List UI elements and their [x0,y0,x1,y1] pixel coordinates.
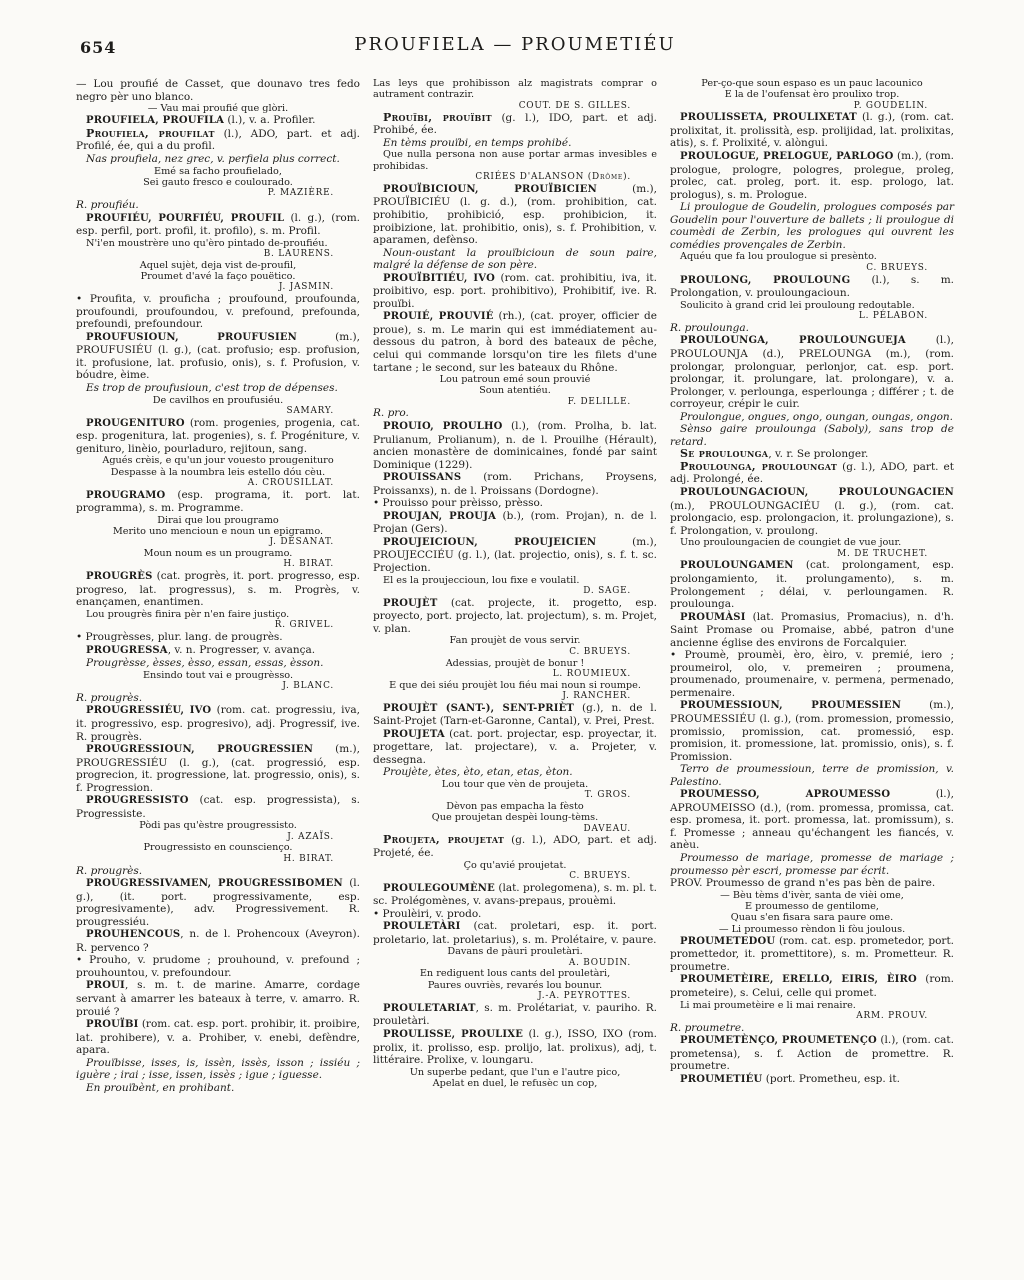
attribution: H. BIRAT. [76,854,360,865]
headword: PROUGRESSIVAMEN, PROUGRESSIBOMEN [86,878,343,889]
headword: PROUMETÈIRE, ERELLO, EIRIS, ÈIRO [680,974,917,985]
attribution: J. JASMIN. [76,282,360,293]
entry-paragraph: PROUIÉ, PROUVIÉ (rh.), (cat. proyer, off… [373,310,657,374]
attribution: CRIÉES D'ALANSON (Drôme). [373,172,657,183]
quote-verse: Lou patroun emé soun prouviéSoun atentié… [373,374,657,397]
paragraph: R. prougrès. [76,692,360,705]
verse-line: Lou tour que vèn de proujeta. [373,779,657,790]
column-1: — Lou proufié de Casset, que dounavo tre… [76,78,360,1094]
attribution: A. CROUSILLAT. [76,478,360,489]
verse-line: Proumet d'avé la faço pouëtico. [76,271,360,282]
entry-paragraph: PROUGENITURO (rom. progenies, progenia, … [76,417,360,456]
paragraph: Noun-oustant la prouïbicioun de soun pai… [373,247,657,272]
headword: PROUMÀSI [680,612,746,623]
paragraph: Que nulla persona non ause portar armas … [373,149,657,172]
headword: PROUGRESSIOUN, PROUGRESSIEN [86,744,313,755]
attribution: J. BLANC. [76,681,360,692]
headword: Prouïbi, prouïbit [383,111,492,124]
headword: PROUFUSIOUN, PROUFUSIEN [86,332,297,343]
verse-line: Quau s'en fisara sara paure ome. [670,912,954,923]
entry-paragraph: PROULISSE, PROULIXE (l. g.), ISSO, IXO (… [373,1028,657,1067]
quote-verse: — Li proumesso rèndon li fòu joulous. [670,924,954,935]
attribution: A. BOUDIN. [373,958,657,969]
headword: PROUJÈT (SANT-), SENT-PRIÈT [383,703,574,714]
quote-verse: — Vau mai proufié que glòri. [76,103,360,114]
headword: PROUMESSIOUN, PROUMESSIEN [680,700,901,711]
paragraph: • Prouho, v. prudome ; prouhound, v. pre… [76,954,360,979]
attribution: C. BRUEYS. [373,871,657,882]
attribution: L. PÉLABON. [670,311,954,322]
entry-paragraph: PROULEGOUMÈNE (lat. prolegomena), s. m. … [373,882,657,908]
attribution: H. BIRAT. [76,559,360,570]
paragraph: Nas proufiela, nez grec, v. perfiela plu… [76,153,360,166]
headword: PROUJETA [383,729,445,740]
headword: PROUMETÈNÇO, PROUMETENÇO [680,1035,877,1046]
entry-paragraph: PROUGRESSIOUN, PROUGRESSIEN (m.), PROUGR… [76,743,360,794]
paragraph: R. proulounga. [670,322,954,335]
entry-paragraph: PROULOUNGACIOUN, PROULOUNGACIEN (m.), PR… [670,486,954,537]
paragraph: Las leys que prohibisson alz magistrats … [373,78,657,101]
headword: PROUMETEDOU [680,936,775,947]
entry-paragraph: PROUGRESSIVAMEN, PROUGRESSIBOMEN (l. g.)… [76,877,360,928]
headword: PROUFIELA, PROUFILA [86,115,224,126]
headword: PROUIÉ, PROUVIÉ [383,311,494,322]
verse-line: Adessias, proujèt de bonur ! [373,658,657,669]
headword: Se proulounga [680,447,768,460]
paragraph: Terro de proumessioun, terre de promissi… [670,763,954,788]
headword: PROUI [86,980,125,991]
verse-line: Emé sa facho proufielado, [76,166,360,177]
columns-container: — Lou proufié de Casset, que dounavo tre… [76,78,954,1094]
quote-verse: Per-ço-que soun espaso es un pauc lacoun… [670,78,954,101]
paragraph: Aquéu que fa lou proulogue si presènto. [670,251,954,262]
entry-paragraph: PROUGRESSIÉU, IVO (rom. cat. progressiu,… [76,704,360,743]
verse-line: Merito uno mencioun e noun un epigramo. [76,526,360,537]
verse-line: Paures ouvriès, revarés lou bounur. [373,980,657,991]
entry-paragraph: PROUÏBITIÉU, IVO (rom. cat. prohibitiu, … [373,272,657,311]
entry-text: , v. n. Progresser, v. avança. [168,644,315,656]
entry-paragraph: PROUGRESSISTO (cat. esp. progressista), … [76,794,360,820]
column-3: Per-ço-que soun espaso es un pauc lacoun… [670,78,954,1094]
attribution: F. DELILLE. [373,397,657,408]
attribution: D. SAGE. [373,586,657,597]
page-title: PROUFIELA — PROUMETIÉU [76,34,954,55]
attribution: C. BRUEYS. [373,647,657,658]
attribution: C. BRUEYS. [670,263,954,274]
entry-paragraph: PROULOGUE, PRELOGUE, PARLOGO (m.), (rom.… [670,150,954,201]
attribution: P. MAZIÈRE. [76,188,360,199]
verse-line: — Li proumesso rèndon li fòu joulous. [670,924,954,935]
paragraph: Proulongue, ongues, ongo, oungan, oungas… [670,411,954,424]
entry-paragraph: PROUMESSO, APROUMESSO (l.), APROUMEISSO … [670,788,954,852]
entry-paragraph: PROULOUNGA, PROULOUNGUEJA (l.), PROULOUN… [670,334,954,410]
quote-verse: Emé sa facho proufielado,Sei gauto fresc… [76,166,360,189]
headword: PROUISSANS [383,472,461,483]
paragraph: En prouïbènt, en prohibant. [76,1082,360,1095]
paragraph: R. proumetre. [670,1022,954,1035]
verse-line: En rediguent lous cants del prouletàri, [373,968,657,979]
entry-text: , v. r. Se prolonger. [768,448,868,460]
headword: PROULOUNGAMEN [680,560,794,571]
paragraph: Lou prougrès finira pèr n'en faire justi… [76,609,360,620]
paragraph: N'i'en moustrère uno qu'èro pintado de-p… [76,238,360,249]
paragraph: Soulicito à grand crid lei prouloung red… [670,300,954,311]
entry-paragraph: PROUMÀSI (lat. Promasius, Promacius), n.… [670,611,954,650]
attribution: J. RANCHER. [373,691,657,702]
verse-line: Un superbe pedant, que l'un e l'autre pi… [373,1067,657,1078]
entry-paragraph: PROULOUNGAMEN (cat. prolongament, esp. p… [670,559,954,610]
entry-paragraph: PROULISSETA, PROULIXETAT (l. g.), (rom. … [670,111,954,150]
verse-line: Dèvon pas empacha la fèsto [373,801,657,812]
paragraph: R. proufiéu. [76,199,360,212]
verse-line: Per-ço-que soun espaso es un pauc lacoun… [670,78,954,89]
verse-line: E proumesso de gentilome, [670,901,954,912]
verse-line: Lou patroun emé soun prouvié [373,374,657,385]
entry-paragraph: PROUJÈT (SANT-), SENT-PRIÈT (g.), n. de … [373,702,657,728]
quote-verse: Prougressisto en counscienço. [76,842,360,853]
verse-line: Pòdi pas qu'èstre prougressisto. [76,820,360,831]
page-header: 654 PROUFIELA — PROUMETIÉU [76,34,954,64]
entry-paragraph: PROUMETIÉU (port. Prometheu, esp. it. [670,1073,954,1087]
verse-line: Davans de pàuri prouletàri. [373,946,657,957]
attribution: M. DE TRUCHET. [670,549,954,560]
paragraph: Li mai proumetèire e li mai renaire. [670,1000,954,1011]
verse-line: Que proujetan despèi loung-tèms. [373,812,657,823]
headword: PROUGRÈS [86,571,153,582]
verse-line: Ço qu'avié proujetat. [373,860,657,871]
headword: PROUGRESSA [86,645,168,656]
quote-verse: Ço qu'avié proujetat. [373,860,657,871]
quote-verse: — Bèu tèms d'ivèr, santa de vièi ome,E p… [670,890,954,924]
entry-paragraph: PROUJÈT (cat. projecte, it. progetto, es… [373,597,657,636]
entry-paragraph: PROUGRESSA, v. n. Progresser, v. avança. [76,644,360,658]
paragraph: Prougrèsse, èsses, èsso, essan, essas, è… [76,657,360,670]
verse-line: Prougressisto en counscienço. [76,842,360,853]
headword: PROULETARIAT [383,1003,476,1014]
verse-line: De cavilhos en proufusiéu. [76,395,360,406]
entry-paragraph: PROUMETÈIRE, ERELLO, EIRIS, ÈIRO (rom. p… [670,973,954,999]
headword: PROUHENCOUS [86,929,180,940]
paragraph: PROV. Proumesso de grand n'es pas bèn de… [670,877,954,890]
headword: PROUÏBITIÉU, IVO [383,273,495,284]
entry-paragraph: PROUFIÉU, POURFIÉU, PROUFIL (l. g.), (ro… [76,212,360,238]
verse-line: Soun atentiéu. [373,385,657,396]
attribution: J. AZAÏS. [76,832,360,843]
entry-paragraph: Prouïbi, prouïbit (g. l.), IDO, part. et… [373,112,657,137]
attribution: T. GROS. [373,790,657,801]
entry-paragraph: PROUÏBICIOUN, PROUÏBICIEN (m.), PROUÏBIC… [373,183,657,247]
quote-verse: Pòdi pas qu'èstre prougressisto. [76,820,360,831]
quote-verse: E que dei siéu proujèt lou fiéu mai noun… [373,680,657,691]
headword: PROUMETIÉU [680,1074,762,1085]
paragraph: • Prouisso pour prèisso, prèsso. [373,497,657,510]
headword: Proufiela, proufilat [86,127,215,140]
quote-verse: Ensindo tout vai e prougrèsso. [76,670,360,681]
verse-line: Moun noum es un prougramo. [76,548,360,559]
entry-paragraph: PROUÏBI (rom. cat. esp. port. prohibir, … [76,1018,360,1057]
headword: PROULOUNGA, PROULOUNGUEJA [680,335,906,346]
attribution: L. ROUMIEUX. [373,669,657,680]
entry-paragraph: Proujeta, proujetat (g. l.), ADO, part. … [373,834,657,859]
headword: PROUJAN, PROUJA [383,511,496,522]
paragraph: Proujète, ètes, èto, etan, etas, èton. [373,766,657,779]
headword: PROULOUNGACIOUN, PROULOUNGACIEN [680,487,954,498]
entry-text: (port. Prometheu, esp. it. [762,1073,900,1085]
verse-line: E que dei siéu proujèt lou fiéu mai noun… [373,680,657,691]
quote-verse: Un superbe pedant, que l'un e l'autre pi… [373,1067,657,1090]
attribution: ARM. PROUV. [670,1011,954,1022]
headword: PROUGRESSIÉU, IVO [86,705,211,716]
verse-line: Fan proujèt de vous servir. [373,635,657,646]
headword: PROULOGUE, PRELOGUE, PARLOGO [680,151,894,162]
entry-paragraph: Proulounga, prouloungat (g. l.), ADO, pa… [670,461,954,486]
quote-verse: Moun noum es un prougramo. [76,548,360,559]
verse-line: — Vau mai proufié que glòri. [76,103,360,114]
paragraph: • Proufita, v. prouficha ; proufound, pr… [76,293,360,331]
attribution: J.-A. PEYROTTES. [373,991,657,1002]
headword: PROUJEICIOUN, PROUJEICIEN [383,537,596,548]
verse-line: Ensindo tout vai e prougrèsso. [76,670,360,681]
paragraph: R. pro. [373,407,657,420]
attribution: J. DÉSANAT. [76,537,360,548]
paragraph: Li proulogue de Goudelin, prologues comp… [670,201,954,251]
headword: PROULONG, PROULOUNG [680,275,850,286]
quote-verse: En rediguent lous cants del prouletàri,P… [373,968,657,991]
entry-paragraph: PROULONG, PROULOUNG (l.), s. m. Prolonga… [670,274,954,300]
headword: PROUMESSO, APROUMESSO [680,789,890,800]
headword: PROUGRAMO [86,490,165,501]
headword: PROULISSETA, PROULIXETAT [680,112,857,123]
entry-paragraph: PROULETÀRI (cat. proletari, esp. it. por… [373,920,657,946]
entry-paragraph: PROUMETÈNÇO, PROUMETENÇO (l.), (rom. cat… [670,1034,954,1073]
quote-verse: Dirai que lou prougramoMerito uno mencio… [76,515,360,538]
quote-verse: Agués crèis, e qu'un jour vouesto prouge… [76,455,360,478]
verse-line: Aquel sujèt, deja vist de-proufil, [76,260,360,271]
paragraph: Proumesso de mariage, promesse de mariag… [670,852,954,877]
verse-line: Sei gauto fresco e coulourado. [76,177,360,188]
verse-line: Agués crèis, e qu'un jour vouesto prouge… [76,455,360,466]
quote-verse: Adessias, proujèt de bonur ! [373,658,657,669]
entry-paragraph: PROUFIELA, PROUFILA (l.), v. a. Profiler… [76,114,360,128]
verse-line: Despasse à la noumbra leis estello dóu c… [76,467,360,478]
attribution: R. GRIVEL. [76,620,360,631]
entry-paragraph: PROUJETA (cat. port. projectar, esp. pro… [373,728,657,767]
column-2: Las leys que prohibisson alz magistrats … [373,78,657,1094]
entry-paragraph: PROUMESSIOUN, PROUMESSIEN (m.), PROUMESS… [670,699,954,763]
entry-paragraph: PROUJEICIOUN, PROUJEICIEN (m.), PROUJECC… [373,536,657,575]
entry-text: (l.), v. a. Profiler. [224,114,315,126]
entry-paragraph: PROUJAN, PROUJA (b.), (rom. Projan), n. … [373,510,657,536]
entry-paragraph: PROUI, s. m. t. de marine. Amarre, corda… [76,979,360,1018]
attribution: P. GOUDELIN. [670,101,954,112]
headword: PROUÏBI [86,1019,138,1030]
paragraph: En tèms prouïbi, en temps prohibé. [373,137,657,150]
dictionary-page: 654 PROUFIELA — PROUMETIÉU — Lou proufié… [0,0,1024,1114]
paragraph: R. prougrès. [76,865,360,878]
entry-paragraph: PROUMETEDOU (rom. cat. esp. prometedor, … [670,935,954,974]
paragraph: Sènso gaire proulounga (Saboly), sans tr… [670,423,954,448]
paragraph: Prouïbisse, isses, is, issèn, issès, iss… [76,1057,360,1082]
entry-paragraph: PROULETARIAT, s. m. Prolétariat, v. paur… [373,1002,657,1028]
quote-verse: Davans de pàuri prouletàri. [373,946,657,957]
entry-text: (m.), PROULOUNGACIÉU (l. g.), (rom. cat.… [670,500,954,537]
quote-verse: De cavilhos en proufusiéu. [76,395,360,406]
paragraph: • Proulèiri, v. prodo. [373,908,657,921]
headword: PROUGENITURO [86,418,185,429]
verse-line: Dirai que lou prougramo [76,515,360,526]
verse-line: E la de l'oufensat èro proulixo trop. [670,89,954,100]
quote-verse: Dèvon pas empacha la fèstoQue proujetan … [373,801,657,824]
headword: PROUJÈT [383,598,437,609]
paragraph: • Proumè, proumèi, èro, èiro, v. premié,… [670,649,954,699]
headword: PROUGRESSISTO [86,795,189,806]
paragraph: — Lou proufié de Casset, que dounavo tre… [76,78,360,103]
verse-line: — Bèu tèms d'ivèr, santa de vièi ome, [670,890,954,901]
attribution: SAMARY. [76,406,360,417]
quote-verse: Lou tour que vèn de proujeta. [373,779,657,790]
headword: PROULISSE, PROULIXE [383,1029,523,1040]
paragraph: Es trop de proufusioun, c'est trop de dé… [76,382,360,395]
paragraph: Uno prouloungacien de coungiet de vue jo… [670,537,954,548]
headword: PROULEGOUMÈNE [383,883,495,894]
headword: PROUÏBICIOUN, PROUÏBICIEN [383,184,597,195]
verse-line: Apelat en duel, le refusèc un cop, [373,1078,657,1089]
attribution: B. LAURENS. [76,249,360,260]
entry-paragraph: PROUHENCOUS, n. de l. Prohencoux (Aveyro… [76,928,360,954]
paragraph: • Prougrèsses, plur. lang. de prougrès. [76,631,360,644]
headword: PROULETÀRI [383,921,461,932]
quote-verse: Aquel sujèt, deja vist de-proufil,Proume… [76,260,360,283]
entry-paragraph: PROUGRAMO (esp. programa, it. port. lat.… [76,489,360,515]
headword: Proulounga, prouloungat [680,460,837,473]
headword: Proujeta, proujetat [383,833,504,846]
entry-paragraph: PROUFUSIOUN, PROUFUSIEN (m.), PROUFUSIÉU… [76,331,360,382]
quote-verse: Fan proujèt de vous servir. [373,635,657,646]
entry-paragraph: PROUGRÈS (cat. progrès, it. port. progre… [76,570,360,609]
headword: PROUIO, PROULHO [383,421,503,432]
entry-paragraph: PROUISSANS (rom. Prichans, Proysens, Pro… [373,471,657,497]
paragraph: El es la proujeccioun, lou fixe e voulat… [373,575,657,586]
headword: PROUFIÉU, POURFIÉU, PROUFIL [86,213,284,224]
entry-paragraph: PROUIO, PROULHO (l.), (rom. Prolha, b. l… [373,420,657,471]
entry-paragraph: Proufiela, proufilat (l.), ADO, part. et… [76,128,360,153]
